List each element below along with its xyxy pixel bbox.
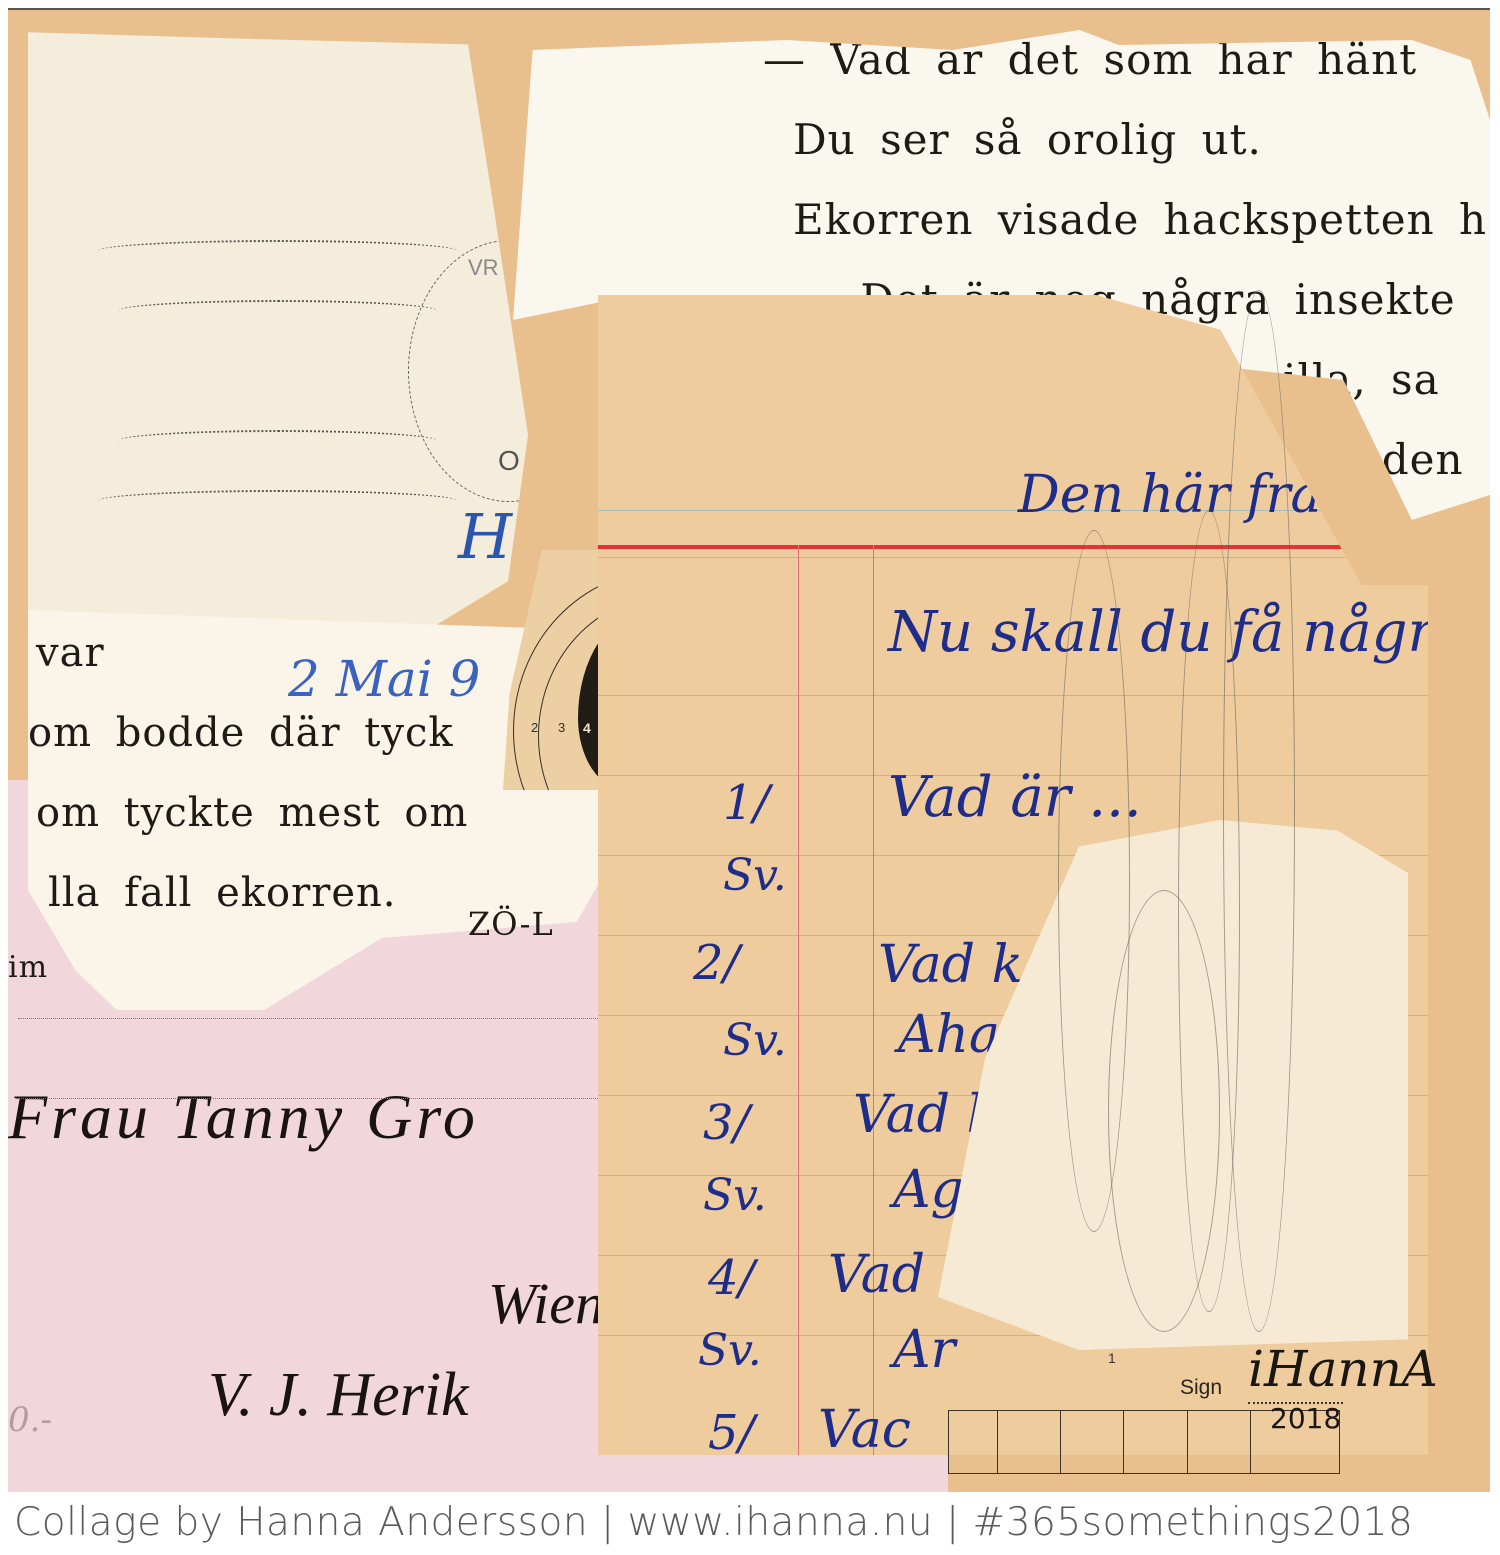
collage-artwork: im Frau Tanny Gro Wien V. J. Herik 0.- O… — [8, 8, 1490, 1492]
ledger-intro: Nu skall du få några fr — [888, 600, 1428, 665]
question-number: 1/ — [723, 775, 770, 831]
book-line: illa, sa — [1283, 355, 1440, 404]
question-number: 3/ — [703, 1095, 750, 1151]
dotted-line — [18, 1098, 608, 1099]
receipt-script-city: Wien — [488, 1270, 604, 1337]
book-line: lla fall ekorren. — [48, 870, 396, 916]
question-text: Vac — [818, 1400, 911, 1455]
book-line: var — [36, 630, 105, 676]
answer-label: Sv. — [703, 1170, 767, 1221]
postmark-fragment: VR — [468, 255, 499, 281]
receipt-script-sig: V. J. Herik — [208, 1360, 469, 1431]
postmark-wave — [98, 490, 458, 512]
receipt-amount: 0.- — [8, 1400, 52, 1440]
postmark-wave — [118, 300, 438, 322]
book-line: Ekorren visade hackspetten h — [793, 195, 1487, 244]
book-line: i den — [1343, 435, 1464, 484]
question-number: 4/ — [708, 1250, 755, 1306]
ledger-rule — [598, 695, 1428, 696]
book-line: om bodde där tyck — [28, 710, 454, 756]
photo-caption: Collage by Hanna Andersson | www.ihanna.… — [14, 1500, 1413, 1545]
receipt-fragment-zol: ZÖ-L — [468, 905, 554, 943]
answer-label: Sv. — [698, 1325, 762, 1376]
ledger-red-rule — [598, 545, 1428, 549]
receipt-fragment-im: im — [8, 950, 48, 985]
target-label: 4 — [583, 720, 591, 736]
sign-label: Sign — [1180, 1376, 1222, 1400]
receipt-script-name: Frau Tanny Gro — [8, 1080, 479, 1154]
pencil-scribble — [1223, 290, 1295, 1332]
envelope-fragment: OM VR He — [28, 20, 528, 630]
answer-label: Sv. — [723, 850, 787, 901]
target-bottom-label: 1 — [1108, 1350, 1116, 1366]
signature-year: 2018 — [1270, 1402, 1341, 1435]
book-line: Du ser så orolig ut. — [793, 115, 1262, 164]
ledger-margin-rule — [873, 545, 874, 1455]
book-line: om tyckte mest om — [36, 790, 468, 836]
target-label: 2 — [531, 720, 538, 735]
question-text: Vad — [828, 1245, 925, 1305]
date-note: 2 Mai 9 — [288, 650, 480, 708]
question-number: 2/ — [693, 935, 740, 991]
postmark-wave — [118, 430, 438, 452]
book-line: — Vad är det som har hänt — [763, 35, 1417, 84]
postmark-wave — [98, 240, 458, 262]
answer-label: Sv. — [723, 1015, 787, 1066]
dotted-line — [18, 1018, 608, 1019]
postmark-text: OM — [498, 445, 528, 477]
target-label: 3 — [558, 720, 565, 735]
question-number: 5/ — [708, 1405, 755, 1455]
answer-text: Ar — [893, 1320, 955, 1380]
ledger-rule — [598, 557, 1428, 558]
handwriting-he: He — [458, 500, 528, 573]
ledger-margin-rule — [798, 545, 799, 1455]
artist-signature: iHannA — [1248, 1340, 1438, 1398]
